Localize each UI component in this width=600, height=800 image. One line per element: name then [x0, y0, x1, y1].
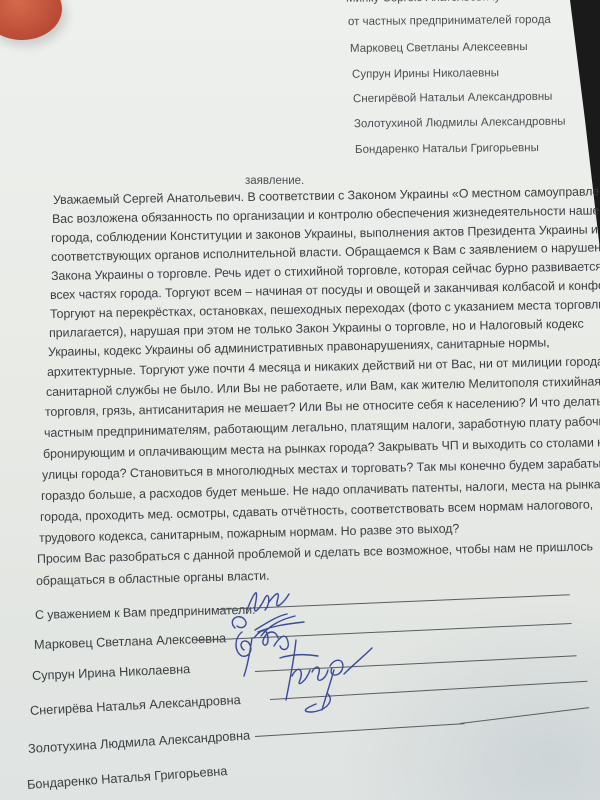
signature-snegireva-icon: [272, 630, 382, 720]
addressee-from-label: от частных предпринимателей города: [348, 14, 551, 28]
sender-3: Снегирёвой Натальи Александровны: [353, 91, 553, 105]
sender-4: Золотухиной Людмилы Александровны: [354, 116, 566, 131]
sender-1: Марковец Светланы Алексеевны: [350, 41, 528, 55]
sender-5: Бондаренко Натальи Григорьевны: [355, 142, 539, 156]
document-title: заявление.: [245, 175, 304, 187]
sender-2: Супрун Ирины Николаевны: [352, 67, 499, 81]
